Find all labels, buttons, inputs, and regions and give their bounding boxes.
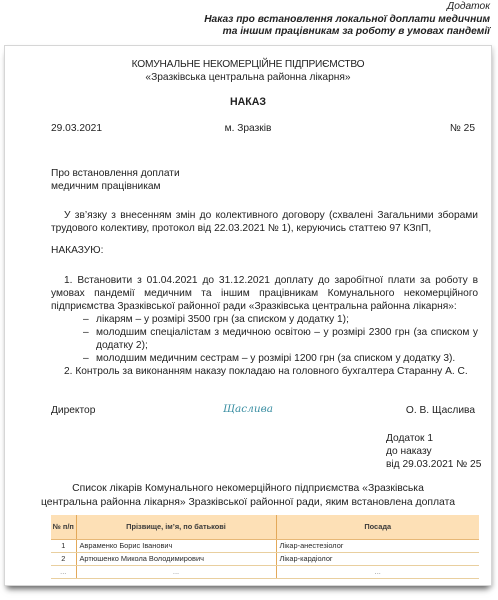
caption-title-line1: Наказ про встановлення локальної доплати… [70, 14, 490, 27]
document-place: м. Зразків [5, 122, 491, 135]
list-title-line-1: Список лікарів Комунального некомерційно… [5, 482, 491, 495]
table-row: ... ... ... [51, 565, 479, 578]
annex-label: Додаток 1 [386, 432, 433, 445]
dash-bullet: – [83, 313, 89, 326]
table-row: 2 Артюшенко Микола Володимирович Лікар-к… [51, 552, 479, 565]
cell-position: Лікар-анестезіолог [276, 539, 479, 552]
column-header-number: № п/п [51, 515, 76, 539]
subitem-text: молодшим медичним сестрам – у розмірі 12… [96, 353, 455, 364]
annex-reference: до наказу [386, 445, 432, 458]
annex-date-number: від 29.03.2021 № 25 [386, 458, 481, 471]
document-number: № 25 [450, 122, 475, 135]
order-item-1: 1. Встановити з 01.04.2021 до 31.12.2021… [51, 274, 478, 313]
caption-title-line2: та іншим працівникам за роботу в умовах … [70, 26, 490, 39]
subject-line-2: медичним працівникам [51, 180, 161, 193]
subitem-text: лікарям – у розмірі 3500 грн (за списком… [96, 314, 349, 325]
table-header-row: № п/п Прізвище, ім’я, по батькові Посада [51, 515, 479, 539]
dash-bullet: – [83, 352, 89, 365]
intro-paragraph: У зв’язку з внесенням змін до колективно… [51, 209, 478, 235]
cell-full-name: Артюшенко Микола Володимирович [76, 552, 276, 565]
column-header-position: Посада [276, 515, 479, 539]
dash-bullet: – [83, 326, 89, 339]
table-row: 1 Авраменко Борис Іванович Лікар-анестез… [51, 539, 479, 552]
subject-line-1: Про встановлення доплати [51, 167, 180, 180]
document-caption: Додаток Наказ про встановлення локальної… [70, 1, 490, 39]
organization-subname: «Зразківська центральна районна лікарня» [5, 71, 491, 84]
column-header-full-name: Прізвище, ім’я, по батькові [76, 515, 276, 539]
signer-name: О. В. Щаслива [406, 404, 475, 417]
cell-full-name: Авраменко Борис Іванович [76, 539, 276, 552]
subitem-doctors: –лікарям – у розмірі 3500 грн (за списко… [83, 313, 478, 326]
order-item-2: 2. Контроль за виконанням наказу поклада… [51, 365, 478, 378]
organization-name: КОМУНАЛЬНЕ НЕКОМЕРЦІЙНЕ ПІДПРИЄМСТВО [5, 58, 491, 71]
cell-position: ... [276, 565, 479, 578]
caption-label: Додаток [70, 1, 490, 14]
document-type-title: НАКАЗ [5, 96, 491, 109]
cell-number: ... [51, 565, 76, 578]
subitem-text: молодшим спеціалістам з медичною освітою… [96, 327, 478, 351]
staff-table: № п/п Прізвище, ім’я, по батькові Посада… [51, 515, 479, 579]
subitem-junior-nurses: –молодшим медичним сестрам – у розмірі 1… [83, 352, 478, 365]
cell-full-name: ... [76, 565, 276, 578]
list-title-line-2: центральна районна лікарня» Зразківської… [5, 496, 491, 509]
cell-position: Лікар-кардіолог [276, 552, 479, 565]
subitem-junior-specialists: –молодшим спеціалістам з медичною освіто… [83, 326, 478, 352]
cell-number: 2 [51, 552, 76, 565]
order-word: НАКАЗУЮ: [51, 244, 103, 257]
order-document: КОМУНАЛЬНЕ НЕКОМЕРЦІЙНЕ ПІДПРИЄМСТВО «Зр… [4, 45, 492, 586]
cell-number: 1 [51, 539, 76, 552]
